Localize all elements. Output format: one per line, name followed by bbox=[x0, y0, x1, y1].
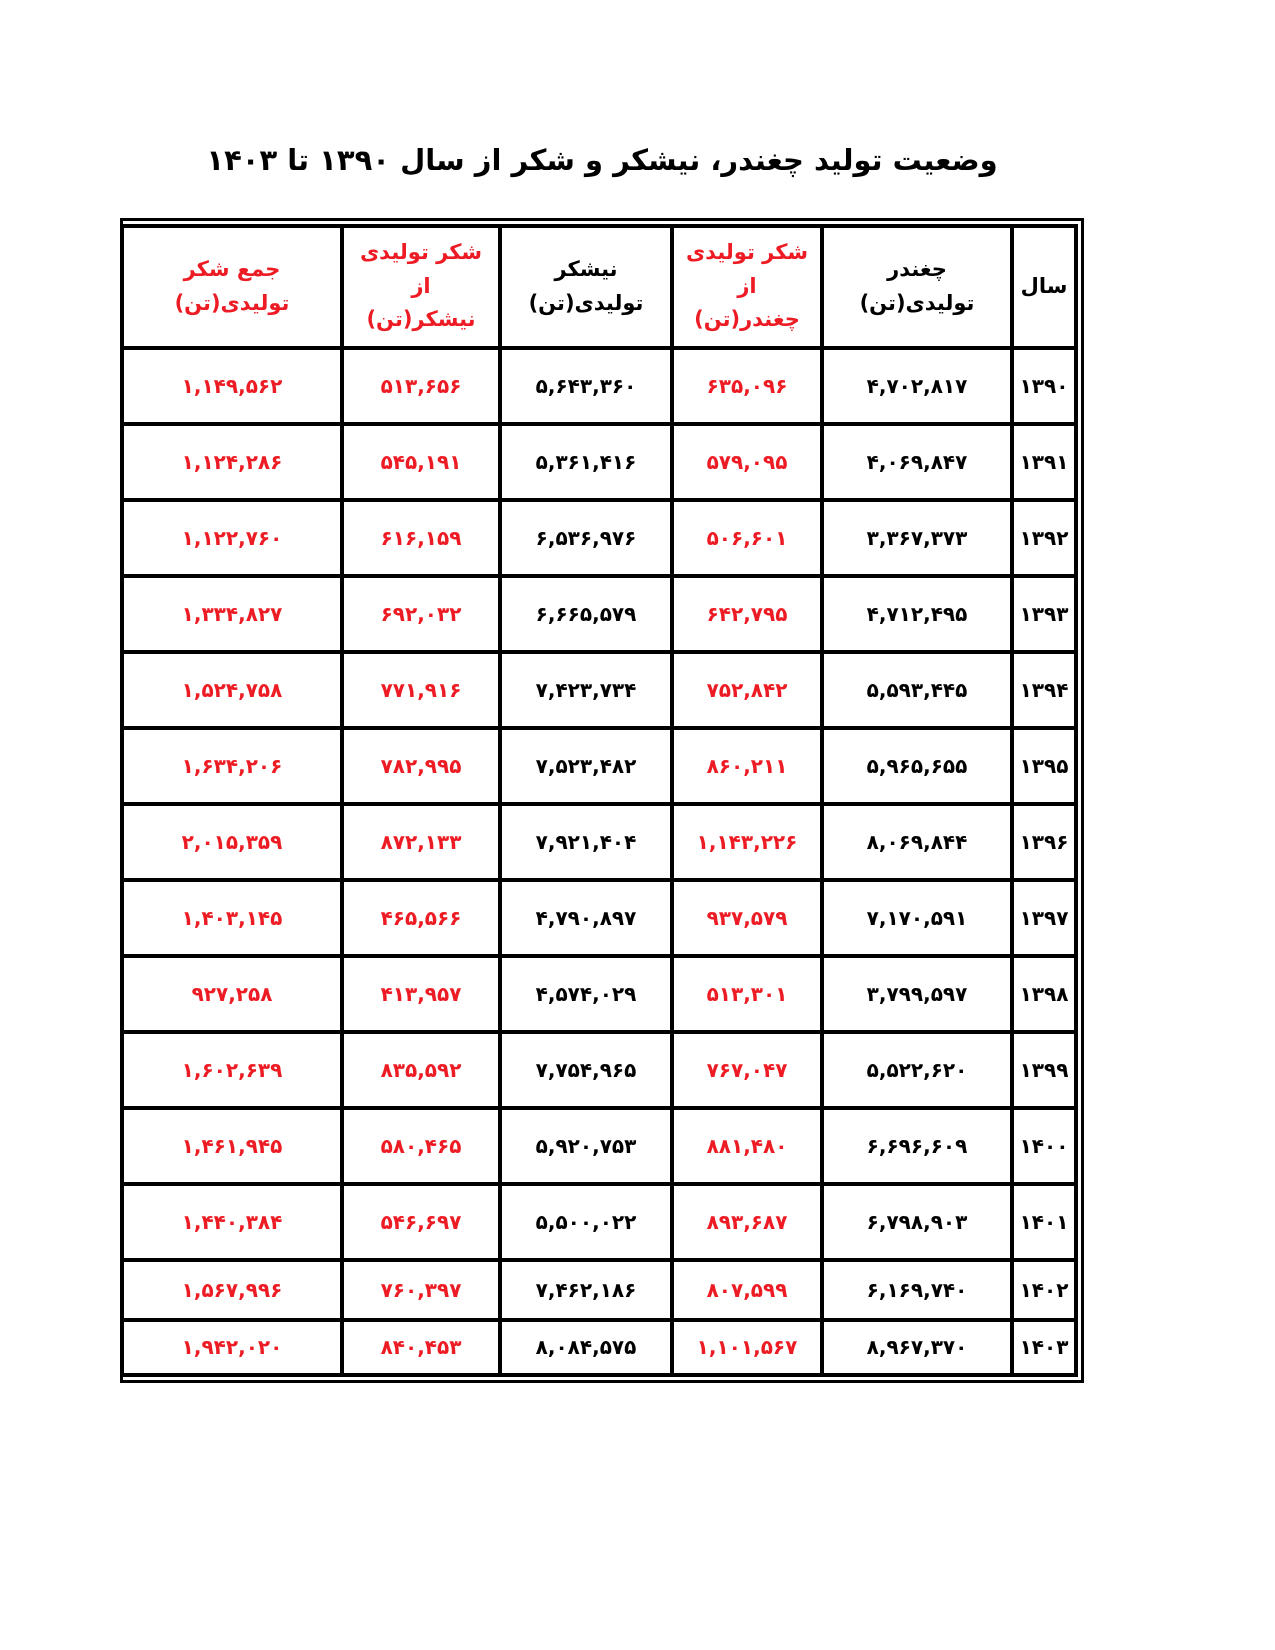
cell-total: ۱,۳۳۴,۸۲۷ bbox=[122, 576, 342, 652]
cell-year: ۱۴۰۱ bbox=[1012, 1184, 1076, 1260]
column-header-year: سال bbox=[1012, 226, 1076, 348]
cell-cane: ۵,۵۰۰,۰۲۲ bbox=[500, 1184, 672, 1260]
cell-cane: ۸,۰۸۴,۵۷۵ bbox=[500, 1320, 672, 1375]
cell-beet: ۶,۱۶۹,۷۴۰ bbox=[822, 1260, 1012, 1320]
cell-cane-sugar: ۸۳۵,۵۹۲ bbox=[342, 1032, 500, 1108]
cell-beet: ۴,۷۱۲,۴۹۵ bbox=[822, 576, 1012, 652]
column-header-cane-sugar: شکر تولیدی از نیشکر(تن) bbox=[342, 226, 500, 348]
cell-total: ۱,۵۶۷,۹۹۶ bbox=[122, 1260, 342, 1320]
cell-beet-sugar: ۶۳۵,۰۹۶ bbox=[672, 348, 822, 424]
document-sheet: وضعیت تولید چغندر، نیشکر و شکر از سال ۱۳… bbox=[120, 142, 1084, 1383]
cell-cane: ۴,۷۹۰,۸۹۷ bbox=[500, 880, 672, 956]
cell-total: ۱,۴۰۳,۱۴۵ bbox=[122, 880, 342, 956]
cell-cane-sugar: ۸۴۰,۴۵۳ bbox=[342, 1320, 500, 1375]
cell-beet-sugar: ۵۷۹,۰۹۵ bbox=[672, 424, 822, 500]
cell-cane-sugar: ۶۹۲,۰۳۲ bbox=[342, 576, 500, 652]
cell-beet: ۳,۷۹۹,۵۹۷ bbox=[822, 956, 1012, 1032]
cell-cane-sugar: ۶۱۶,۱۵۹ bbox=[342, 500, 500, 576]
cell-year: ۱۴۰۲ bbox=[1012, 1260, 1076, 1320]
cell-cane-sugar: ۷۷۱,۹۱۶ bbox=[342, 652, 500, 728]
cell-beet-sugar: ۱,۱۰۱,۵۶۷ bbox=[672, 1320, 822, 1375]
page-title: وضعیت تولید چغندر، نیشکر و شکر از سال ۱۳… bbox=[120, 142, 1084, 180]
cell-cane-sugar: ۸۷۲,۱۳۳ bbox=[342, 804, 500, 880]
column-header-beet-sugar: شکر تولیدی از چغندر(تن) bbox=[672, 226, 822, 348]
cell-cane-sugar: ۴۶۵,۵۶۶ bbox=[342, 880, 500, 956]
cell-beet-sugar: ۷۶۷,۰۴۷ bbox=[672, 1032, 822, 1108]
document-page: { "page": { "title": "وضعیت تولید چغندر،… bbox=[0, 0, 1275, 1650]
cell-cane: ۵,۹۲۰,۷۵۳ bbox=[500, 1108, 672, 1184]
table-row: ۱۳۹۳۴,۷۱۲,۴۹۵۶۴۲,۷۹۵۶,۶۶۵,۵۷۹۶۹۲,۰۳۲۱,۳۳… bbox=[122, 576, 1076, 652]
cell-cane-sugar: ۵۸۰,۴۶۵ bbox=[342, 1108, 500, 1184]
cell-year: ۱۳۹۲ bbox=[1012, 500, 1076, 576]
cell-year: ۱۳۹۵ bbox=[1012, 728, 1076, 804]
cell-year: ۱۳۹۴ bbox=[1012, 652, 1076, 728]
cell-beet: ۴,۰۶۹,۸۴۷ bbox=[822, 424, 1012, 500]
cell-beet-sugar: ۹۳۷,۵۷۹ bbox=[672, 880, 822, 956]
table-row: ۱۳۹۸۳,۷۹۹,۵۹۷۵۱۳,۳۰۱۴,۵۷۴,۰۲۹۴۱۳,۹۵۷۹۲۷,… bbox=[122, 956, 1076, 1032]
table-header: سالچغندر تولیدی(تن)شکر تولیدی از چغندر(ت… bbox=[122, 226, 1076, 348]
cell-year: ۱۳۹۷ bbox=[1012, 880, 1076, 956]
cell-beet: ۳,۳۶۷,۳۷۳ bbox=[822, 500, 1012, 576]
cell-cane: ۷,۴۶۲,۱۸۶ bbox=[500, 1260, 672, 1320]
cell-cane: ۵,۳۶۱,۴۱۶ bbox=[500, 424, 672, 500]
cell-cane-sugar: ۵۴۵,۱۹۱ bbox=[342, 424, 500, 500]
table-row: ۱۳۹۱۴,۰۶۹,۸۴۷۵۷۹,۰۹۵۵,۳۶۱,۴۱۶۵۴۵,۱۹۱۱,۱۲… bbox=[122, 424, 1076, 500]
cell-beet-sugar: ۵۰۶,۶۰۱ bbox=[672, 500, 822, 576]
table-row: ۱۳۹۹۵,۵۲۲,۶۲۰۷۶۷,۰۴۷۷,۷۵۴,۹۶۵۸۳۵,۵۹۲۱,۶۰… bbox=[122, 1032, 1076, 1108]
table-row: ۱۳۹۵۵,۹۶۵,۶۵۵۸۶۰,۲۱۱۷,۵۲۳,۴۸۲۷۸۲,۹۹۵۱,۶۳… bbox=[122, 728, 1076, 804]
column-header-beet: چغندر تولیدی(تن) bbox=[822, 226, 1012, 348]
table-row: ۱۴۰۱۶,۷۹۸,۹۰۳۸۹۳,۶۸۷۵,۵۰۰,۰۲۲۵۴۶,۶۹۷۱,۴۴… bbox=[122, 1184, 1076, 1260]
cell-beet-sugar: ۶۴۲,۷۹۵ bbox=[672, 576, 822, 652]
cell-total: ۹۲۷,۲۵۸ bbox=[122, 956, 342, 1032]
table-row: ۱۳۹۶۸,۰۶۹,۸۴۴۱,۱۴۳,۲۲۶۷,۹۲۱,۴۰۴۸۷۲,۱۳۳۲,… bbox=[122, 804, 1076, 880]
cell-beet-sugar: ۸۹۳,۶۸۷ bbox=[672, 1184, 822, 1260]
cell-year: ۱۳۹۸ bbox=[1012, 956, 1076, 1032]
cell-total: ۱,۱۲۴,۲۸۶ bbox=[122, 424, 342, 500]
cell-total: ۱,۴۴۰,۳۸۴ bbox=[122, 1184, 342, 1260]
cell-cane-sugar: ۷۶۰,۳۹۷ bbox=[342, 1260, 500, 1320]
production-table: سالچغندر تولیدی(تن)شکر تولیدی از چغندر(ت… bbox=[120, 224, 1078, 1377]
cell-cane: ۶,۶۶۵,۵۷۹ bbox=[500, 576, 672, 652]
cell-beet-sugar: ۵۱۳,۳۰۱ bbox=[672, 956, 822, 1032]
cell-cane: ۴,۵۷۴,۰۲۹ bbox=[500, 956, 672, 1032]
cell-total: ۲,۰۱۵,۳۵۹ bbox=[122, 804, 342, 880]
cell-cane: ۷,۵۲۳,۴۸۲ bbox=[500, 728, 672, 804]
table-body: ۱۳۹۰۴,۷۰۲,۸۱۷۶۳۵,۰۹۶۵,۶۴۳,۳۶۰۵۱۳,۶۵۶۱,۱۴… bbox=[122, 348, 1076, 1375]
cell-total: ۱,۱۴۹,۵۶۲ bbox=[122, 348, 342, 424]
cell-year: ۱۳۹۰ bbox=[1012, 348, 1076, 424]
cell-year: ۱۴۰۰ bbox=[1012, 1108, 1076, 1184]
cell-beet: ۷,۱۷۰,۵۹۱ bbox=[822, 880, 1012, 956]
table-row: ۱۴۰۳۸,۹۶۷,۳۷۰۱,۱۰۱,۵۶۷۸,۰۸۴,۵۷۵۸۴۰,۴۵۳۱,… bbox=[122, 1320, 1076, 1375]
cell-beet: ۵,۵۲۲,۶۲۰ bbox=[822, 1032, 1012, 1108]
cell-beet: ۶,۶۹۶,۶۰۹ bbox=[822, 1108, 1012, 1184]
cell-cane: ۷,۷۵۴,۹۶۵ bbox=[500, 1032, 672, 1108]
cell-cane-sugar: ۵۱۳,۶۵۶ bbox=[342, 348, 500, 424]
cell-beet: ۵,۹۶۵,۶۵۵ bbox=[822, 728, 1012, 804]
table-row: ۱۳۹۷۷,۱۷۰,۵۹۱۹۳۷,۵۷۹۴,۷۹۰,۸۹۷۴۶۵,۵۶۶۱,۴۰… bbox=[122, 880, 1076, 956]
cell-total: ۱,۶۰۲,۶۳۹ bbox=[122, 1032, 342, 1108]
cell-total: ۱,۶۳۴,۲۰۶ bbox=[122, 728, 342, 804]
table-row: ۱۳۹۴۵,۵۹۳,۴۴۵۷۵۲,۸۴۲۷,۴۲۳,۷۳۴۷۷۱,۹۱۶۱,۵۲… bbox=[122, 652, 1076, 728]
cell-cane-sugar: ۷۸۲,۹۹۵ bbox=[342, 728, 500, 804]
table-row: ۱۳۹۲۳,۳۶۷,۳۷۳۵۰۶,۶۰۱۶,۵۳۶,۹۷۶۶۱۶,۱۵۹۱,۱۲… bbox=[122, 500, 1076, 576]
cell-total: ۱,۹۴۲,۰۲۰ bbox=[122, 1320, 342, 1375]
column-header-total: جمع شکر تولیدی(تن) bbox=[122, 226, 342, 348]
cell-total: ۱,۴۶۱,۹۴۵ bbox=[122, 1108, 342, 1184]
cell-cane-sugar: ۴۱۳,۹۵۷ bbox=[342, 956, 500, 1032]
cell-beet: ۸,۰۶۹,۸۴۴ bbox=[822, 804, 1012, 880]
table-header-row: سالچغندر تولیدی(تن)شکر تولیدی از چغندر(ت… bbox=[122, 226, 1076, 348]
cell-cane-sugar: ۵۴۶,۶۹۷ bbox=[342, 1184, 500, 1260]
cell-year: ۱۳۹۱ bbox=[1012, 424, 1076, 500]
cell-year: ۱۳۹۳ bbox=[1012, 576, 1076, 652]
cell-beet-sugar: ۷۵۲,۸۴۲ bbox=[672, 652, 822, 728]
cell-beet: ۶,۷۹۸,۹۰۳ bbox=[822, 1184, 1012, 1260]
production-table-frame: سالچغندر تولیدی(تن)شکر تولیدی از چغندر(ت… bbox=[120, 218, 1084, 1383]
cell-beet: ۵,۵۹۳,۴۴۵ bbox=[822, 652, 1012, 728]
cell-total: ۱,۱۲۲,۷۶۰ bbox=[122, 500, 342, 576]
table-row: ۱۳۹۰۴,۷۰۲,۸۱۷۶۳۵,۰۹۶۵,۶۴۳,۳۶۰۵۱۳,۶۵۶۱,۱۴… bbox=[122, 348, 1076, 424]
cell-year: ۱۴۰۳ bbox=[1012, 1320, 1076, 1375]
cell-beet-sugar: ۸۸۱,۴۸۰ bbox=[672, 1108, 822, 1184]
cell-year: ۱۳۹۹ bbox=[1012, 1032, 1076, 1108]
cell-cane: ۵,۶۴۳,۳۶۰ bbox=[500, 348, 672, 424]
cell-beet-sugar: ۸۰۷,۵۹۹ bbox=[672, 1260, 822, 1320]
cell-cane: ۷,۴۲۳,۷۳۴ bbox=[500, 652, 672, 728]
cell-beet-sugar: ۸۶۰,۲۱۱ bbox=[672, 728, 822, 804]
table-row: ۱۴۰۲۶,۱۶۹,۷۴۰۸۰۷,۵۹۹۷,۴۶۲,۱۸۶۷۶۰,۳۹۷۱,۵۶… bbox=[122, 1260, 1076, 1320]
cell-cane: ۶,۵۳۶,۹۷۶ bbox=[500, 500, 672, 576]
column-header-cane: نیشکر تولیدی(تن) bbox=[500, 226, 672, 348]
cell-cane: ۷,۹۲۱,۴۰۴ bbox=[500, 804, 672, 880]
cell-beet: ۸,۹۶۷,۳۷۰ bbox=[822, 1320, 1012, 1375]
table-row: ۱۴۰۰۶,۶۹۶,۶۰۹۸۸۱,۴۸۰۵,۹۲۰,۷۵۳۵۸۰,۴۶۵۱,۴۶… bbox=[122, 1108, 1076, 1184]
cell-year: ۱۳۹۶ bbox=[1012, 804, 1076, 880]
cell-beet: ۴,۷۰۲,۸۱۷ bbox=[822, 348, 1012, 424]
cell-beet-sugar: ۱,۱۴۳,۲۲۶ bbox=[672, 804, 822, 880]
cell-total: ۱,۵۲۴,۷۵۸ bbox=[122, 652, 342, 728]
